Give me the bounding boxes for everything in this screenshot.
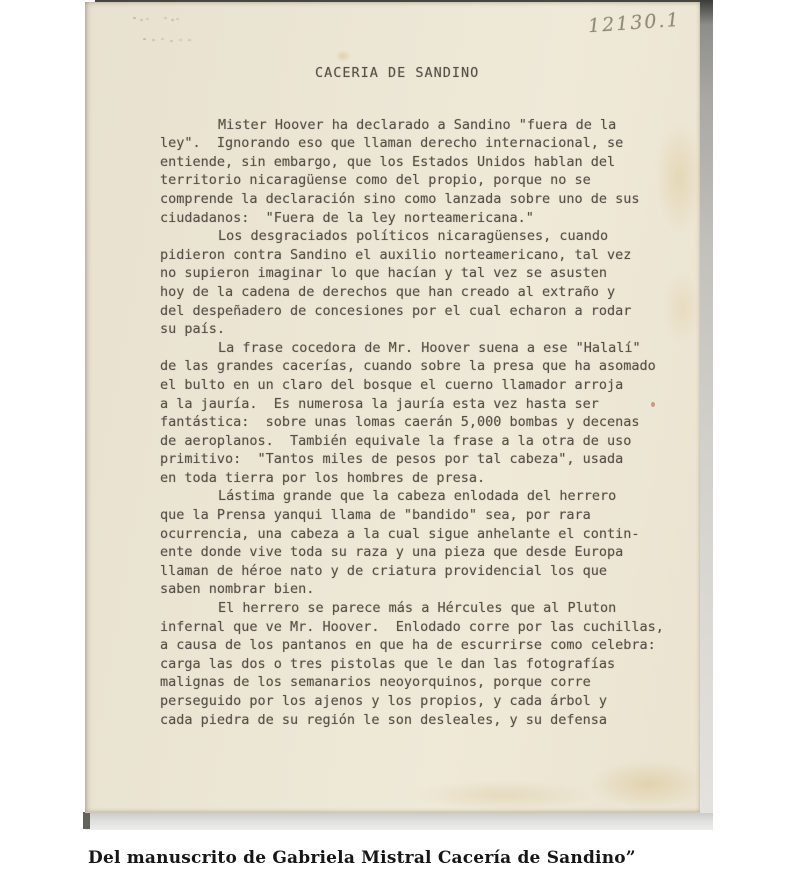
manuscript-title: CACERIA DE SANDINO: [315, 64, 682, 83]
manuscript-paragraph: Los desgraciados políticos nicaragüenses…: [160, 227, 682, 339]
paper-stain: [410, 780, 595, 810]
scanner-bottom-strip: [85, 813, 713, 830]
scanner-corner-mark: [83, 812, 90, 829]
scanner-right-strip: [700, 0, 713, 830]
typewritten-text-block: CACERIA DE SANDINO Mister Hoover ha decl…: [160, 64, 682, 729]
pencil-smudge: [143, 38, 146, 40]
manuscript-body: Mister Hoover ha declarado a Sandino "fu…: [160, 116, 682, 730]
paper-stain: [335, 50, 351, 62]
manuscript-paragraph: Mister Hoover ha declarado a Sandino "fu…: [160, 116, 682, 228]
caption: Del manuscrito de Gabriela Mistral Cacer…: [88, 848, 636, 868]
archive-number: 12130.1: [587, 9, 681, 37]
paper-stain: [590, 760, 705, 808]
manuscript-paragraph: El herrero se parece más a Hércules que …: [160, 599, 682, 729]
manuscript-paragraph: Lástima grande que la cabeza enlodada de…: [160, 487, 682, 599]
manuscript-page: 12130.1 CACERIA DE SANDINO Mister Hoover…: [85, 2, 700, 813]
scan-wrapper: 12130.1 CACERIA DE SANDINO Mister Hoover…: [0, 0, 800, 886]
manuscript-paragraph: La frase cocedora de Mr. Hoover suena a …: [160, 339, 682, 488]
pencil-smudge: [133, 17, 136, 19]
